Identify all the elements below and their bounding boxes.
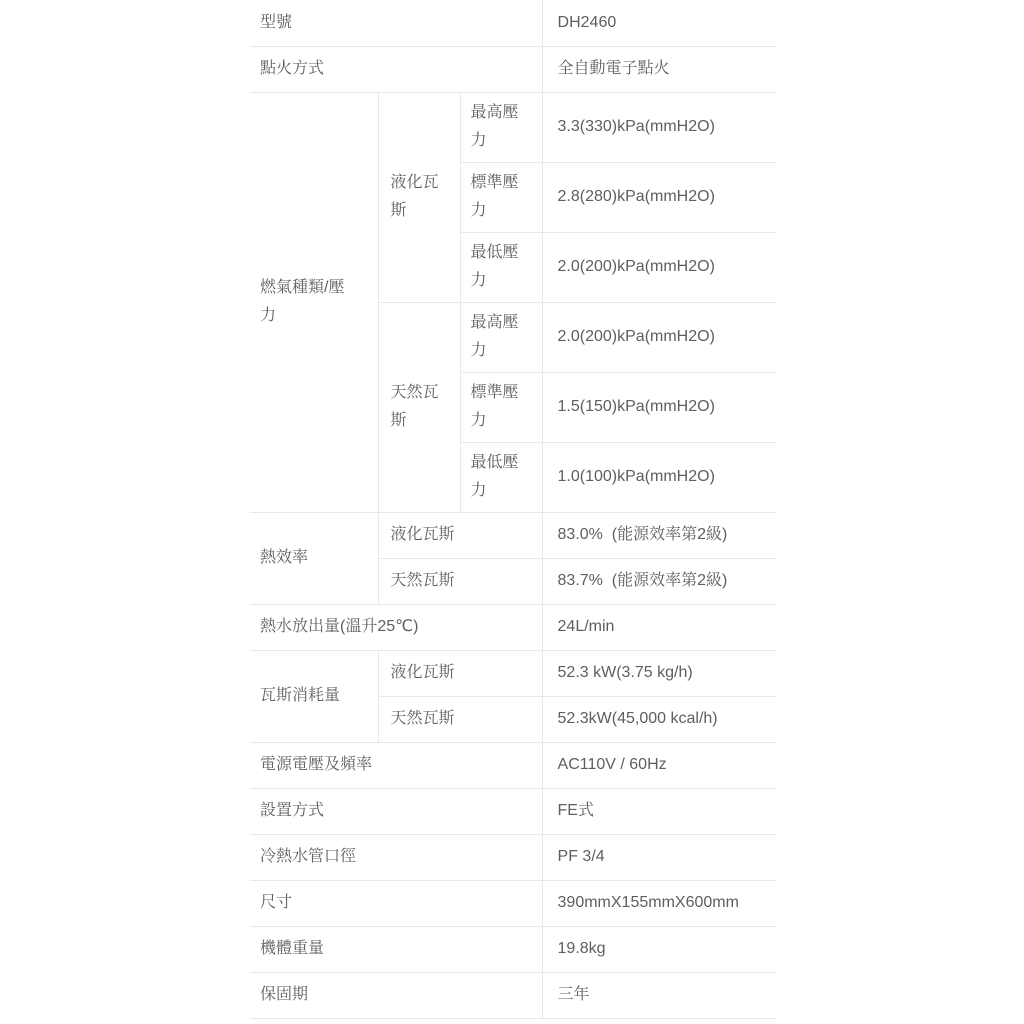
efficiency-ng-value: 83.7% (能源效率第2級) — [542, 558, 776, 604]
spec-row-consumption-lpg: 瓦斯消耗量 液化瓦斯 52.3 kW(3.75 kg/h) — [250, 650, 776, 696]
installation-value: FE式 — [542, 788, 776, 834]
lpg-label: 液化瓦斯 — [378, 92, 460, 302]
ng-min-pressure-label: 最低壓力 — [460, 442, 542, 512]
thermal-efficiency-label: 熱效率 — [250, 512, 378, 604]
spec-row-warranty: 保固期 三年 — [250, 972, 776, 1018]
spec-row-installation: 設置方式 FE式 — [250, 788, 776, 834]
efficiency-lpg-label: 液化瓦斯 — [378, 512, 542, 558]
lpg-std-pressure-label: 標準壓力 — [460, 162, 542, 232]
hot-water-output-label: 熱水放出量(溫升25℃) — [250, 604, 542, 650]
lpg-std-pressure-value: 2.8(280)kPa(mmH2O) — [542, 162, 776, 232]
efficiency-ng-label: 天然瓦斯 — [378, 558, 542, 604]
spec-row-hot-water-output: 熱水放出量(溫升25℃) 24L/min — [250, 604, 776, 650]
power-label: 電源電壓及頻率 — [250, 742, 542, 788]
consumption-lpg-value: 52.3 kW(3.75 kg/h) — [542, 650, 776, 696]
warranty-value: 三年 — [542, 972, 776, 1018]
spec-row-lpg-max-pressure: 燃氣種類/壓力 液化瓦斯 最高壓力 3.3(330)kPa(mmH2O) — [250, 92, 776, 162]
power-value: AC110V / 60Hz — [542, 742, 776, 788]
consumption-lpg-label: 液化瓦斯 — [378, 650, 542, 696]
lpg-min-pressure-label: 最低壓力 — [460, 232, 542, 302]
product-spec-page: 型號 DH2460 點火方式 全自動電子點火 燃氣種類/壓力 液化瓦斯 最高壓力… — [0, 0, 1024, 1024]
efficiency-lpg-value: 83.0% (能源效率第2級) — [542, 512, 776, 558]
consumption-ng-label: 天然瓦斯 — [378, 696, 542, 742]
pipe-size-label: 冷熱水管口徑 — [250, 834, 542, 880]
lpg-min-pressure-value: 2.0(200)kPa(mmH2O) — [542, 232, 776, 302]
spec-row-dimensions: 尺寸 390mmX155mmX600mm — [250, 880, 776, 926]
ignition-label: 點火方式 — [250, 46, 542, 92]
model-value: DH2460 — [542, 0, 776, 46]
ignition-value: 全自動電子點火 — [542, 46, 776, 92]
ng-max-pressure-value: 2.0(200)kPa(mmH2O) — [542, 302, 776, 372]
installation-label: 設置方式 — [250, 788, 542, 834]
dimensions-value: 390mmX155mmX600mm — [542, 880, 776, 926]
ng-max-pressure-label: 最高壓力 — [460, 302, 542, 372]
weight-label: 機體重量 — [250, 926, 542, 972]
consumption-ng-value: 52.3kW(45,000 kcal/h) — [542, 696, 776, 742]
natural-gas-label: 天然瓦斯 — [378, 302, 460, 512]
lpg-max-pressure-label: 最高壓力 — [460, 92, 542, 162]
spec-row-ignition: 點火方式 全自動電子點火 — [250, 46, 776, 92]
spec-row-pipe-size: 冷熱水管口徑 PF 3/4 — [250, 834, 776, 880]
pipe-size-value: PF 3/4 — [542, 834, 776, 880]
spec-row-efficiency-lpg: 熱效率 液化瓦斯 83.0% (能源效率第2級) — [250, 512, 776, 558]
hot-water-output-value: 24L/min — [542, 604, 776, 650]
spec-table: 型號 DH2460 點火方式 全自動電子點火 燃氣種類/壓力 液化瓦斯 最高壓力… — [250, 0, 776, 1019]
gas-type-pressure-label: 燃氣種類/壓力 — [250, 92, 378, 512]
ng-std-pressure-value: 1.5(150)kPa(mmH2O) — [542, 372, 776, 442]
dimensions-label: 尺寸 — [250, 880, 542, 926]
ng-std-pressure-label: 標準壓力 — [460, 372, 542, 442]
gas-consumption-label: 瓦斯消耗量 — [250, 650, 378, 742]
spec-row-power: 電源電壓及頻率 AC110V / 60Hz — [250, 742, 776, 788]
lpg-max-pressure-value: 3.3(330)kPa(mmH2O) — [542, 92, 776, 162]
ng-min-pressure-value: 1.0(100)kPa(mmH2O) — [542, 442, 776, 512]
spec-row-model: 型號 DH2460 — [250, 0, 776, 46]
model-label: 型號 — [250, 0, 542, 46]
warranty-label: 保固期 — [250, 972, 542, 1018]
spec-row-weight: 機體重量 19.8kg — [250, 926, 776, 972]
weight-value: 19.8kg — [542, 926, 776, 972]
